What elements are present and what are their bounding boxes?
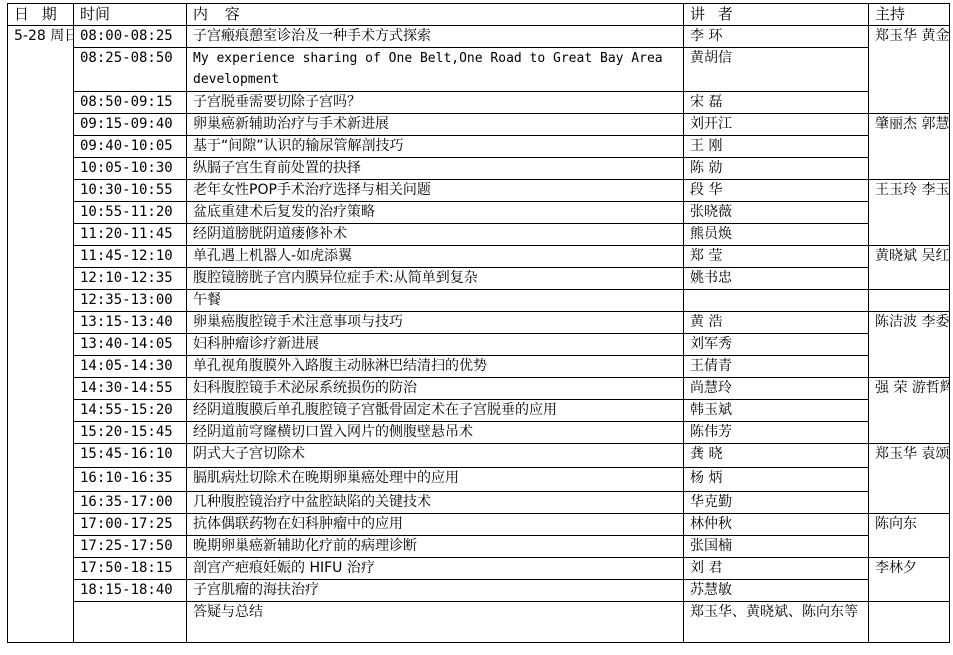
table-row: 16:10-16:35 膈肌病灶切除术在晚期卵巢癌处理中的应用 杨 炳 <box>8 468 950 492</box>
host-cell: 陈向东 <box>869 514 950 558</box>
time-cell: 12:10-12:35 <box>74 268 187 290</box>
table-row: 14:30-14:55 妇科腹腔镜手术泌尿系统损伤的防治 尚慧玲 强 荣 游哲辉 <box>8 378 950 400</box>
table-row: 14:05-14:30 单孔视角腹膜外入路腹主动脉淋巴结清扫的优势 王倩青 <box>8 356 950 378</box>
topic-cell: 子宫瘢痕憩室诊治及一种手术方式探索 <box>187 26 684 48</box>
time-cell: 16:35-17:00 <box>74 492 187 514</box>
schedule-table: 日 期 时间 内 容 讲 者 主持 5-28 周日 08:00-08:25 子宫… <box>7 3 950 643</box>
speaker-cell: 林仲秋 <box>684 514 869 536</box>
header-host: 主持 <box>869 4 950 26</box>
table-row: 10:05-10:30 纵膈子宫生育前处置的抉择 陈 勍 <box>8 158 950 180</box>
time-cell: 14:55-15:20 <box>74 400 187 422</box>
date-cell: 5-28 周日 <box>8 26 74 643</box>
speaker-cell: 陈伟芳 <box>684 422 869 444</box>
time-cell: 09:15-09:40 <box>74 114 187 136</box>
speaker-cell: 郑 莹 <box>684 246 869 268</box>
speaker-cell: 刘开江 <box>684 114 869 136</box>
speaker-cell: 龚 晓 <box>684 444 869 468</box>
topic-cell: 妇科肿瘤诊疗新进展 <box>187 334 684 356</box>
table-row: 11:20-11:45 经阴道膀胱阴道瘘修补术 熊员焕 <box>8 224 950 246</box>
table-row: 15:20-15:45 经阴道前穹窿横切口置入网片的侧腹壁悬吊术 陈伟芳 <box>8 422 950 444</box>
speaker-cell: 张晓薇 <box>684 202 869 224</box>
topic-cell: 老年女性POP手术治疗选择与相关问题 <box>187 180 684 202</box>
speaker-cell: 黄 浩 <box>684 312 869 334</box>
host-cell: 强 荣 游哲辉 <box>869 378 950 444</box>
time-cell: 08:50-09:15 <box>74 92 187 114</box>
table-row-qa: 答疑与总结 郑玉华、黄晓斌、陈向东等 <box>8 602 950 643</box>
speaker-cell: 杨 炳 <box>684 468 869 492</box>
time-cell: 14:05-14:30 <box>74 356 187 378</box>
speaker-cell: 华克勤 <box>684 492 869 514</box>
topic-cell: 子宫肌瘤的海扶治疗 <box>187 580 684 602</box>
host-cell: 李林夕 <box>869 558 950 602</box>
table-row: 10:55-11:20 盆底重建术后复发的治疗策略 张晓薇 <box>8 202 950 224</box>
table-row: 13:40-14:05 妇科肿瘤诊疗新进展 刘军秀 <box>8 334 950 356</box>
time-cell: 10:55-11:20 <box>74 202 187 224</box>
speaker-cell: 王倩青 <box>684 356 869 378</box>
topic-cell: 抗体偶联药物在妇科肿瘤中的应用 <box>187 514 684 536</box>
time-cell: 11:45-12:10 <box>74 246 187 268</box>
speaker-cell: 苏慧敏 <box>684 580 869 602</box>
speaker-cell: 姚书忠 <box>684 268 869 290</box>
topic-cell: 单孔视角腹膜外入路腹主动脉淋巴结清扫的优势 <box>187 356 684 378</box>
time-cell: 17:50-18:15 <box>74 558 187 580</box>
speaker-cell: 段 华 <box>684 180 869 202</box>
header-speaker: 讲 者 <box>684 4 869 26</box>
time-cell: 16:10-16:35 <box>74 468 187 492</box>
speaker-cell: 陈 勍 <box>684 158 869 180</box>
speaker-cell: 黄胡信 <box>684 48 869 92</box>
time-cell: 17:25-17:50 <box>74 536 187 558</box>
speaker-cell: 宋 磊 <box>684 92 869 114</box>
topic-cell: 妇科腹腔镜手术泌尿系统损伤的防治 <box>187 378 684 400</box>
topic-cell: 腹腔镜膀胱子宫内膜异位症手术:从简单到复杂 <box>187 268 684 290</box>
topic-cell: 单孔遇上机器人-如虎添翼 <box>187 246 684 268</box>
table-row: 09:40-10:05 基于“间隙”认识的输尿管解剖技巧 王 刚 <box>8 136 950 158</box>
topic-cell: 基于“间隙”认识的输尿管解剖技巧 <box>187 136 684 158</box>
host-cell: 黄晓斌 吴红波 <box>869 246 950 290</box>
time-cell: 15:45-16:10 <box>74 444 187 468</box>
topic-cell: 经阴道前穹窿横切口置入网片的侧腹壁悬吊术 <box>187 422 684 444</box>
topic-cell: 阴式大子宫切除术 <box>187 444 684 468</box>
table-row: 17:00-17:25 抗体偶联药物在妇科肿瘤中的应用 林仲秋 陈向东 <box>8 514 950 536</box>
table-row: 14:55-15:20 经阴道腹膜后单孔腹腔镜子宫骶骨固定术在子宫脱垂的应用 韩… <box>8 400 950 422</box>
time-cell: 13:40-14:05 <box>74 334 187 356</box>
speaker-cell <box>684 290 869 312</box>
time-cell: 10:05-10:30 <box>74 158 187 180</box>
time-cell: 08:25-08:50 <box>74 48 187 92</box>
table-row: 17:50-18:15 剖宫产疤痕妊娠的 HIFU 治疗 刘 君 李林夕 <box>8 558 950 580</box>
topic-cell: 答疑与总结 <box>187 602 684 643</box>
table-row: 12:10-12:35 腹腔镜膀胱子宫内膜异位症手术:从简单到复杂 姚书忠 <box>8 268 950 290</box>
topic-cell: 膈肌病灶切除术在晚期卵巢癌处理中的应用 <box>187 468 684 492</box>
speaker-cell: 尚慧玲 <box>684 378 869 400</box>
time-cell: 18:15-18:40 <box>74 580 187 602</box>
topic-cell: 午餐 <box>187 290 684 312</box>
host-cell: 王玉玲 李玉香 <box>869 180 950 246</box>
time-cell: 14:30-14:55 <box>74 378 187 400</box>
topic-cell: 卵巢癌腹腔镜手术注意事项与技巧 <box>187 312 684 334</box>
topic-cell: 子宫脱垂需要切除子宫吗？ <box>187 92 684 114</box>
time-cell: 08:00-08:25 <box>74 26 187 48</box>
topic-cell: 纵膈子宫生育前处置的抉择 <box>187 158 684 180</box>
speaker-cell: 张国楠 <box>684 536 869 558</box>
table-row: 08:25-08:50 My experience sharing of One… <box>8 48 950 92</box>
speaker-cell: 熊员焕 <box>684 224 869 246</box>
table-row: 08:50-09:15 子宫脱垂需要切除子宫吗？ 宋 磊 <box>8 92 950 114</box>
host-cell: 陈洁波 李委佳 <box>869 312 950 378</box>
table-row: 15:45-16:10 阴式大子宫切除术 龚 晓 郑玉华 袁颂华 <box>8 444 950 468</box>
header-time: 时间 <box>74 4 187 26</box>
table-row: 16:35-17:00 几种腹腔镜治疗中盆腔缺陷的关键技术 华克勤 <box>8 492 950 514</box>
time-cell <box>74 602 187 643</box>
table-row: 11:45-12:10 单孔遇上机器人-如虎添翼 郑 莹 黄晓斌 吴红波 <box>8 246 950 268</box>
speaker-cell: 王 刚 <box>684 136 869 158</box>
host-cell: 郑玉华 黄金智 <box>869 26 950 114</box>
topic-cell: 几种腹腔镜治疗中盆腔缺陷的关键技术 <box>187 492 684 514</box>
time-cell: 12:35-13:00 <box>74 290 187 312</box>
time-cell: 11:20-11:45 <box>74 224 187 246</box>
time-cell: 13:15-13:40 <box>74 312 187 334</box>
table-row: 17:25-17:50 晚期卵巢癌新辅助化疗前的病理诊断 张国楠 <box>8 536 950 558</box>
header-row: 日 期 时间 内 容 讲 者 主持 <box>8 4 950 26</box>
speaker-cell: 韩玉斌 <box>684 400 869 422</box>
table-row: 09:15-09:40 卵巢癌新辅助治疗与手术新进展 刘开江 肇丽杰 郭慧梅 <box>8 114 950 136</box>
header-date: 日 期 <box>8 4 74 26</box>
header-content: 内 容 <box>187 4 684 26</box>
table-row: 18:15-18:40 子宫肌瘤的海扶治疗 苏慧敏 <box>8 580 950 602</box>
time-cell: 15:20-15:45 <box>74 422 187 444</box>
host-cell: 郑玉华 袁颂华 <box>869 444 950 514</box>
time-cell: 09:40-10:05 <box>74 136 187 158</box>
topic-cell: 卵巢癌新辅助治疗与手术新进展 <box>187 114 684 136</box>
speaker-cell: 刘军秀 <box>684 334 869 356</box>
topic-cell: My experience sharing of One Belt,One Ro… <box>187 48 684 92</box>
topic-cell: 经阴道膀胱阴道瘘修补术 <box>187 224 684 246</box>
topic-cell: 经阴道腹膜后单孔腹腔镜子宫骶骨固定术在子宫脱垂的应用 <box>187 400 684 422</box>
topic-cell: 剖宫产疤痕妊娠的 HIFU 治疗 <box>187 558 684 580</box>
host-cell: 肇丽杰 郭慧梅 <box>869 114 950 180</box>
topic-cell: 盆底重建术后复发的治疗策略 <box>187 202 684 224</box>
topic-cell: 晚期卵巢癌新辅助化疗前的病理诊断 <box>187 536 684 558</box>
speaker-cell: 刘 君 <box>684 558 869 580</box>
table-row-lunch: 12:35-13:00 午餐 <box>8 290 950 312</box>
host-cell <box>869 602 950 643</box>
time-cell: 17:00-17:25 <box>74 514 187 536</box>
speaker-cell: 郑玉华、黄晓斌、陈向东等 <box>684 602 869 643</box>
table-row: 10:30-10:55 老年女性POP手术治疗选择与相关问题 段 华 王玉玲 李… <box>8 180 950 202</box>
host-cell <box>869 290 950 312</box>
speaker-cell: 李 环 <box>684 26 869 48</box>
table-row: 13:15-13:40 卵巢癌腹腔镜手术注意事项与技巧 黄 浩 陈洁波 李委佳 <box>8 312 950 334</box>
table-row: 5-28 周日 08:00-08:25 子宫瘢痕憩室诊治及一种手术方式探索 李 … <box>8 26 950 48</box>
time-cell: 10:30-10:55 <box>74 180 187 202</box>
